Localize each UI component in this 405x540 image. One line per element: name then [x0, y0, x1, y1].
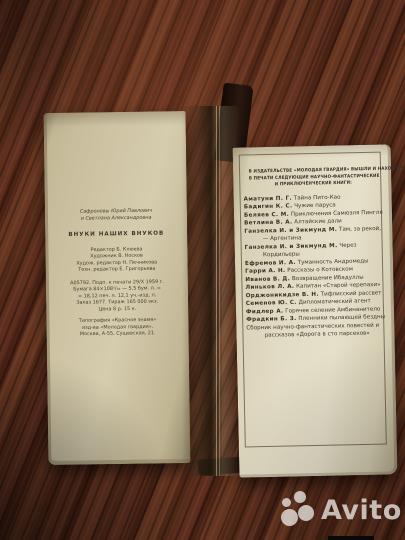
photo-background: Сафроновы Юрий Павлович и Светлана Алекс…	[0, 0, 405, 540]
printer-line: Москва, А-55, Сущевская, 21.	[47, 330, 189, 339]
ad-header: В ИЗДАТЕЛЬСТВЕ «МОЛОДАЯ ГВАРДИЯ» ВЫШЛИ И…	[249, 166, 378, 189]
book-title: Тайна Пито-Као	[294, 193, 341, 200]
authors-line: и Светлана Александровна	[45, 214, 187, 223]
book-title: ВНУКИ НАШИХ ВНУКОВ	[45, 229, 187, 238]
staff-line: Техн. редактор Е. Григорьева	[46, 265, 188, 274]
book-author: Иванов В. Д.	[245, 275, 290, 282]
book-title: Пленники пылающей бездны	[298, 313, 385, 321]
book-author: Ганзелка И. и Зикмунд М.	[244, 226, 337, 234]
book-spine-bottom	[197, 456, 244, 475]
book-title: Капитан «Старой черепахи»	[296, 281, 381, 289]
photo-bottom-dark-strip	[328, 536, 374, 540]
book-author: Ефремов И. А.	[245, 259, 296, 266]
book-title: Тифлисский рассвет	[321, 289, 382, 297]
book-title: Рассказы о Котовском	[287, 266, 353, 274]
avito-wordmark: Avito	[321, 497, 402, 524]
book-list-item: Сборник научно-фантастических повестей и…	[246, 321, 386, 340]
book-title: Чужие паруса	[294, 202, 336, 209]
publisher-ad-block: В ИЗДАТЕЛЬСТВЕ «МОЛОДАЯ ГВАРДИЯ» ВЫШЛИ И…	[243, 166, 387, 340]
book-author: Фидлер А.	[246, 307, 284, 314]
book-authors: Сафроновы Юрий Павлович и Светлана Алекс…	[45, 207, 187, 222]
avito-watermark: Avito	[281, 491, 402, 529]
avito-logo-icon	[281, 491, 318, 529]
staff-block: Редактор Б. Клюева Художник В. Носков Ху…	[45, 245, 187, 274]
imprint-block: А05792. Подп. к печати 29/X 1959 г. Бума…	[46, 278, 189, 313]
book-author: Фрадкин Б. З.	[246, 315, 297, 322]
book-author: Семенов Ю. С.	[246, 299, 297, 306]
book-author: Гарри А. Н.	[245, 267, 285, 274]
colophon-block: Сафроновы Юрий Павлович и Светлана Алекс…	[45, 207, 189, 338]
book-title: Сборник научно-фантастических повестей и…	[246, 321, 379, 338]
book-title: Туманность Андромеды	[298, 257, 369, 265]
book-author: Линьков Л. А.	[245, 283, 294, 290]
book-list: Аматуни П. Г. Тайна Пито-Као Бадигин К. …	[244, 192, 387, 340]
printer-block: Типография «Красное знамя» изд-ва «Молод…	[46, 316, 188, 338]
ruled-frame: В ИЗДАТЕЛЬСТВЕ «МОЛОДАЯ ГВАРДИЯ» ВЫШЛИ И…	[239, 152, 387, 448]
book-title: Дипломатический агент	[298, 297, 370, 305]
book-author: Аматуни П. Г.	[244, 194, 292, 201]
book-title: Алтайские дали	[294, 218, 342, 225]
price-line: Цена 8 р. 15 к.	[46, 305, 188, 314]
left-page: Сафроновы Юрий Павлович и Светлана Алекс…	[44, 111, 191, 465]
book-author: Бадигин К. С.	[244, 202, 293, 209]
book-title: Приключения Самюэля Пингля	[291, 209, 383, 217]
right-page: В ИЗДАТЕЛЬСТВЕ «МОЛОДАЯ ГВАРДИЯ» ВЫШЛИ И…	[233, 144, 398, 477]
book-author: Ветлина В. А.	[244, 219, 292, 226]
book-author: Беляев С. М.	[244, 211, 289, 218]
book-author: Ганзелка И. и Зикмунд М.	[245, 242, 338, 250]
